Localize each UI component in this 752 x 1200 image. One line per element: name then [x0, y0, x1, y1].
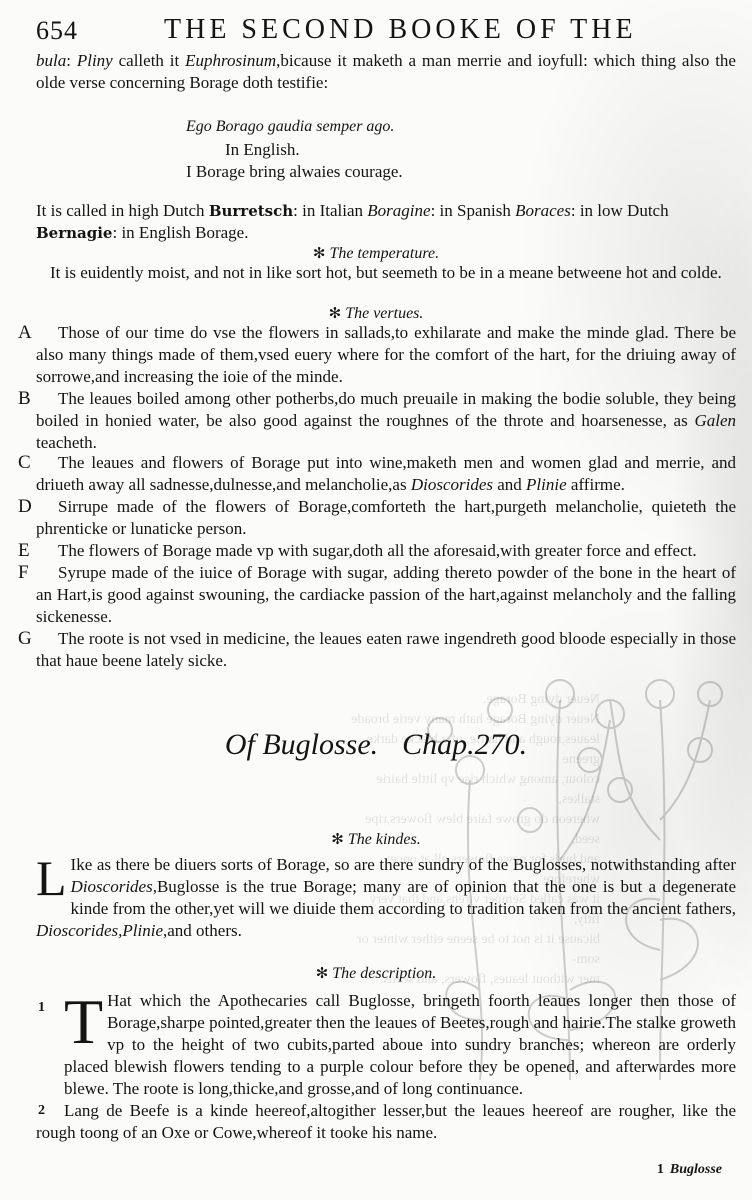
item-text-part: and: [493, 475, 526, 494]
item-text: Syrupe made of the iuice of Borage with …: [36, 562, 736, 628]
book-page: Neuer dying Borage. Neuer dying Borage h…: [0, 0, 752, 1200]
term-euphrosinum: Euphrosinum: [185, 51, 276, 70]
catchword: 1Buglosse: [657, 1162, 722, 1178]
description-item-number: 1: [38, 1000, 45, 1016]
vertue-item-g: G The roote is not vsed in medicine, the…: [18, 628, 736, 672]
names-text: : in English Borage.: [112, 223, 248, 242]
kindes-paragraph: LIke as there be diuers sorts of Borage,…: [36, 854, 736, 942]
verse-latin: Ego Borago gaudia semper ago.: [186, 118, 394, 136]
asterisk-ornament-icon: ✻: [329, 306, 342, 322]
verse-english: I Borage bring alwaies courage.: [186, 162, 403, 182]
running-head: THE SECOND BOOKE OF THE: [164, 14, 637, 46]
item-text-part: The leaues boiled among other potherbs,d…: [36, 389, 736, 430]
page-header: 654 THE SECOND BOOKE OF THE: [36, 14, 736, 48]
name-low-dutch: Bernagie: [36, 224, 112, 242]
name-italian: Boragine: [367, 201, 430, 220]
author-plinie: Plinie: [526, 475, 567, 494]
asterisk-ornament-icon: ✻: [313, 246, 326, 262]
item-text: The roote is not vsed in medicine, the l…: [36, 628, 736, 672]
author-dioscorides: Dioscorides: [411, 475, 493, 494]
item-text: The leaues boiled among other potherbs,d…: [36, 388, 736, 454]
page-number: 654: [36, 16, 78, 46]
chapter-title: Of Buglosse.Chap.270.: [0, 728, 752, 762]
asterisk-ornament-icon: ✻: [316, 966, 329, 982]
heading-kindes: ✻The kindes.: [0, 830, 752, 849]
author-pliny: Pliny: [77, 51, 113, 70]
vertue-item-a: A Those of our time do vse the flowers i…: [18, 322, 736, 388]
item-text: Those of our time do vse the flowers in …: [36, 322, 736, 388]
drop-cap-letter: L: [36, 856, 67, 900]
names-paragraph: It is called in high Dutch Burretsch: in…: [36, 200, 736, 244]
vertue-item-e: E The flowers of Borage made vp with sug…: [18, 540, 736, 562]
catchword-number: 1: [657, 1162, 664, 1177]
vertue-item-c: C The leaues and flowers of Borage put i…: [18, 452, 736, 496]
paragraph-text: ,and others.: [163, 921, 242, 940]
chapter-number: Chap.270.: [402, 728, 527, 761]
heading-description: ✻The description.: [0, 964, 752, 983]
names-text: : in Italian: [293, 201, 367, 220]
vertue-item-b: B The leaues boiled among other potherbs…: [18, 388, 736, 454]
intro-paragraph: bula: Pliny calleth it Euphrosinum,bicau…: [36, 50, 736, 94]
chapter-name: Of Buglosse.: [225, 728, 378, 761]
names-text: It is called in high Dutch: [36, 201, 209, 220]
vertue-item-f: F Syrupe made of the iuice of Borage wit…: [18, 562, 736, 628]
verse-in-english-label: In English.: [225, 140, 300, 160]
authors-list: Dioscorides,Plinie: [36, 921, 163, 940]
item-text: The flowers of Borage made vp with sugar…: [36, 540, 736, 562]
heading-text: The description.: [332, 965, 436, 982]
paragraph-text: Hat which the Apothecaries call Buglosse…: [64, 991, 736, 1098]
vertue-item-d: D Sirrupe made of the flowers of Borage,…: [18, 496, 736, 540]
item-text: Sirrupe made of the flowers of Borage,co…: [36, 496, 736, 540]
intro-text: :: [66, 51, 77, 70]
intro-latin-fragment: bula: [36, 51, 66, 70]
author-galen: Galen: [694, 411, 736, 430]
description-item-1: THat which the Apothecaries call Bugloss…: [64, 990, 736, 1100]
item-letter: C: [18, 452, 31, 474]
item-letter: B: [18, 388, 31, 410]
intro-text: calleth it: [113, 51, 185, 70]
asterisk-ornament-icon: ✻: [331, 832, 344, 848]
temperature-paragraph: It is euidently moist, and not in like s…: [36, 262, 736, 284]
heading-text: The kindes.: [348, 831, 421, 848]
item-letter: D: [18, 496, 32, 518]
heading-temperature: ✻The temperature.: [0, 244, 752, 263]
drop-cap-letter: T: [64, 992, 103, 1052]
item-text: The leaues and flowers of Borage put int…: [36, 452, 736, 496]
heading-text: The temperature.: [329, 245, 439, 262]
paragraph-text: Ike as there be diuers sorts of Borage, …: [71, 855, 736, 874]
paragraph-text: ,Buglosse is the true Borage; many are o…: [71, 877, 736, 918]
author-dioscorides: Dioscorides: [71, 877, 153, 896]
heading-vertues: ✻The vertues.: [0, 304, 752, 323]
heading-text: The vertues.: [345, 305, 423, 322]
item-letter: E: [18, 540, 30, 562]
name-spanish: Boraces: [515, 201, 571, 220]
item-letter: G: [18, 628, 32, 650]
catchword-text: Buglosse: [670, 1162, 722, 1177]
item-text-part: teacheth.: [36, 433, 97, 452]
description-item-2: Lang de Beefe is a kinde heereof,altogit…: [36, 1100, 736, 1144]
item-text-part: The leaues and flowers of Borage put int…: [36, 453, 736, 494]
item-letter: F: [18, 562, 29, 584]
names-text: : in low Dutch: [571, 201, 669, 220]
item-letter: A: [18, 322, 32, 344]
names-text: : in Spanish: [431, 201, 516, 220]
item-text-part: affirme.: [567, 475, 625, 494]
name-high-dutch: Burretsch: [209, 202, 293, 220]
